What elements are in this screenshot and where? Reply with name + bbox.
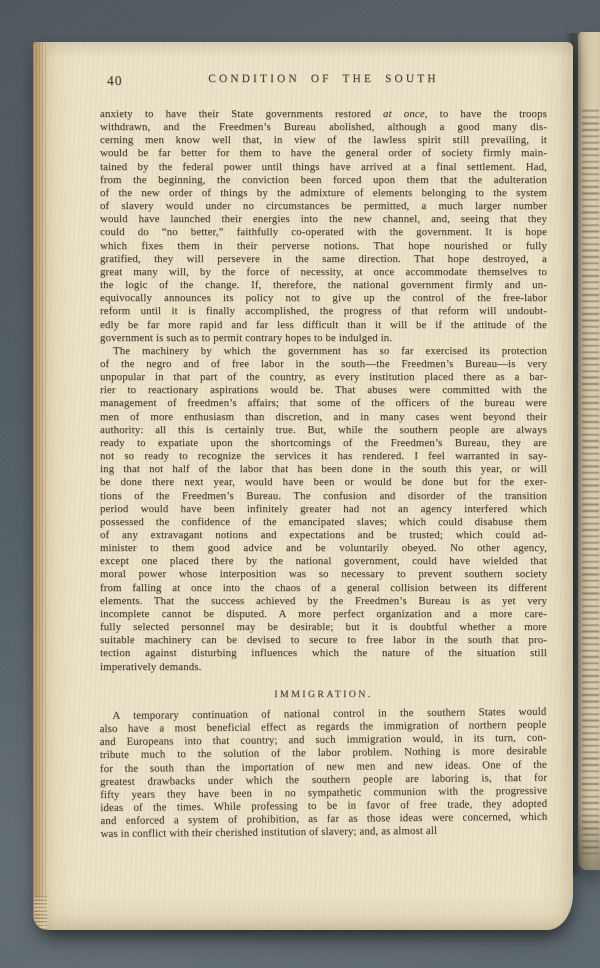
text-line: ready to expatiate upon the shortcomings… [100,437,547,450]
text-line: authority: all this is certainly true. B… [100,424,547,437]
text-line: management of freedmen’s affairs; that s… [100,397,547,410]
text-line: anxiety to have their State governments … [100,108,547,121]
paragraph: The machinery by which the government ha… [100,345,547,674]
text-line: of the new order of things by the admixt… [100,187,547,200]
text-line: moral power whose interposition was so n… [100,568,547,581]
page-stack-corner [34,896,47,930]
text-line: The machinery by which the government ha… [100,345,547,358]
page-content: anxiety to have their State governments … [100,108,547,841]
text-line: great many will, by the force of necessi… [100,266,547,279]
page-header: 40 CONDITION OF THE SOUTH [100,73,547,89]
text-line: suitable machinery can be devised to sec… [100,634,547,647]
text-line: minister to them good advice and be volu… [100,542,547,555]
page-number: 40 [107,74,123,87]
book-photo-background: 40 CONDITION OF THE SOUTH anxiety to hav… [0,0,600,968]
page-text-block: 40 CONDITION OF THE SOUTH anxiety to hav… [100,73,547,841]
text-line: incomplete cannot be disputed. A more pe… [100,608,547,621]
text-line: except one placed there by the national … [100,555,547,568]
paragraph: anxiety to have their State governments … [100,108,547,345]
text-line: period would have been infinitely greate… [100,503,547,516]
text-line: imperatively demands. [100,661,547,674]
book-page: 40 CONDITION OF THE SOUTH anxiety to hav… [33,42,573,930]
text-line: not so ready to recognize the services i… [100,450,547,463]
text-line: ing that not half of the labor that has … [100,463,547,476]
page-fore-edge [33,42,48,930]
text-line: government is such as to permit contrary… [100,332,547,345]
text-line: of the negro and of free labor in the so… [100,358,547,371]
text-line: elements. That the success achieved by t… [100,595,547,608]
text-line: edly be far more rapid and far less diff… [100,319,547,332]
text-line: men of more enthusiasm than discretion, … [100,411,547,424]
text-line: reform until it is finally accomplished,… [100,305,547,318]
text-line: possessed the confidence of the emancipa… [100,516,547,529]
text-line: fully selected personnel may be desirabl… [100,621,547,634]
text-line: would be far better for them to have the… [100,147,547,160]
paragraph: A temporary continuation of national con… [99,706,547,842]
section-heading: IMMIGRATION. [100,688,547,701]
text-line: equivocally announces its policy not to … [100,292,547,305]
text-line: tions of the Freedmen’s Bureau. The conf… [100,490,547,503]
text-line: which fixes them in their perverse notio… [100,240,547,253]
facing-page-text-blur [582,110,599,854]
text-line: could do “no better,” faithfully co-oper… [100,226,547,239]
text-line: cerning men know well that, in view of t… [100,134,547,147]
text-line: rier to reactionary aspirations would be… [100,384,547,397]
text-line: from falling at once into the chaos of a… [100,582,547,595]
running-header: CONDITION OF THE SOUTH [100,73,547,86]
text-line: from the beginning, the conviction been … [100,174,547,187]
text-line: would have launched their energies into … [100,213,547,226]
text-line: be done there next year, would have been… [100,476,547,489]
text-line: tained by the federal power until things… [100,161,547,174]
text-line: withdrawn, and the Freedmen’s Bureau abo… [100,121,547,134]
text-line: of slavery would under no circumstances … [100,200,547,213]
text-line: the logic of the change. If, therefore, … [100,279,547,292]
text-line: tection against disturbing influences wh… [100,647,547,660]
text-line: unpopular in that part of the country, a… [100,371,547,384]
text-line: gratified, they will persevere in the sa… [100,253,547,266]
text-line: of any extravagant notions and expectati… [100,529,547,542]
